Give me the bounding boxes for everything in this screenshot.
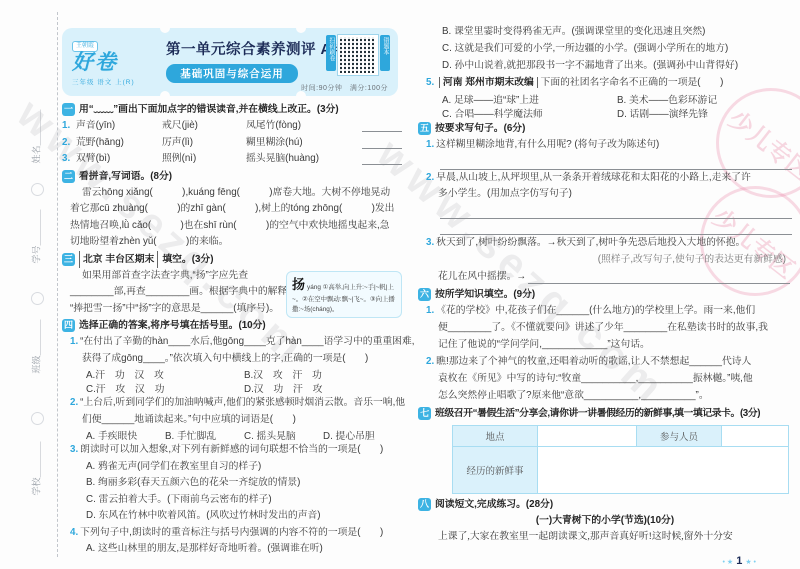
seal-mark	[31, 292, 44, 305]
dict-headword: 扬	[292, 277, 305, 292]
seal-mark	[31, 183, 44, 196]
star-icon: • ★	[723, 559, 734, 566]
margin-class-field: 班级＿＿＿＿	[30, 299, 43, 395]
choice-options: C.汗 攻 汉 功D.汉 功 汗 攻	[62, 381, 402, 395]
reading-subtitle: (一)大青树下的小学(节选)(10分)	[418, 513, 792, 530]
hint-note: (照样子,改写句子,使句子的表达更有新鲜感)	[418, 252, 792, 269]
qr-block: 扫码刷卷 错题本	[326, 35, 390, 71]
answer-line	[440, 219, 792, 235]
card-blank-location	[538, 425, 637, 446]
seal-mark	[31, 412, 44, 425]
margin-name-field: 姓名＿＿＿＿	[30, 89, 43, 185]
record-card-table: 地点 参与人员 经历的新鲜事	[452, 425, 789, 494]
paper-title: 第一单元综合素养测评 A 卷	[166, 38, 298, 59]
reading-passage-line: 上课了,大家在教室里一起朗读课文,那声音真好听!这时候,窗外十分安	[418, 529, 792, 546]
section-7-header: 七 班级召开“暑假生活”分享会,请你讲一讲暑假经历的新鲜事,填一填记录卡。(3分…	[418, 405, 792, 422]
ticket-notch	[160, 23, 170, 33]
exam-source-tag: 河南 郑州市期末改编	[439, 77, 538, 88]
margin-school-field: 学校＿＿＿＿	[30, 421, 43, 517]
pinyin-paragraph-line: 热情地召唤,lǜ cǎo( )也在shī rùn( )的空气中欢快地摇曳起来,急	[62, 218, 402, 235]
answer-blank	[362, 135, 402, 149]
card-label-event: 经历的新鲜事	[453, 446, 538, 493]
choice-option: B. 课堂里霎时变得鸦雀无声。(强调课堂里的变化迅速且突然)	[418, 24, 792, 41]
section-badge: 四	[62, 319, 75, 332]
section-3-header: 三 北京 丰台区期末 填空。(3分)	[62, 251, 402, 268]
page-right: B. 课堂里霎时变得鸦雀无声。(强调课堂里的变化迅速且突然) C. 这就是我们可…	[418, 24, 792, 546]
section-title: 用“﹏﹏”画出下面加点字的错误读音,并在横线上改正。(3分)	[79, 101, 339, 118]
section-badge: 三	[62, 253, 75, 266]
choice-options: A. 足球——追“球”上进B. 美术——色彩环游记	[418, 92, 792, 106]
card-label-location: 地点	[453, 425, 538, 446]
section-1-header: 一 用“﹏﹏”画出下面加点字的错误读音,并在横线上改正。(3分)	[62, 101, 402, 118]
choice-option: C. 这就是我们可爱的小学,一所边疆的小学。(强调小学所在的地方)	[418, 41, 792, 58]
choice-option: D. 孙中山说着,就把那段书一字不漏地背了出来。(强调孙中山背得好)	[418, 58, 792, 75]
section-badge: 七	[418, 407, 431, 420]
pinyin-paragraph-line: 着它那cū zhuàng( )的zhī gàn( ),树上的tóng zhōng…	[62, 201, 402, 218]
section-badge: 二	[62, 170, 75, 183]
section-6-header: 六 按所学知识填空。(9分)	[418, 286, 792, 303]
section-title: 看拼音,写词语。(8分)	[79, 168, 172, 185]
pronunciation-row: 2. 荒野(hāng) 厉声(lì) 糊里糊涂(hú)	[62, 135, 402, 152]
pronunciation-row: 1. 声音(yīn) 戒尺(jiè) 凤尾竹(fòng)	[62, 118, 402, 135]
section-title: 阅读短文,完成练习。(28分)	[435, 496, 553, 513]
section-title: 按要求写句子。(6分)	[435, 120, 525, 137]
section-badge: 一	[62, 103, 75, 116]
pronunciation-row: 3. 双臂(bì) 照例(nì) 摇头晃脑(huàng)	[62, 151, 402, 168]
page-number: 1	[736, 555, 742, 567]
choice-options: C. 合唱——科学魔法师D. 话剧——演绎先锋	[418, 106, 792, 120]
pinyin-paragraph-line: 雷云hōng xiǎng( ),kuáng fēng( )席卷大地。大树不停地晃…	[62, 185, 402, 202]
choice-options: A. 手疾眼快B. 手忙脚乱C. 摇头晃脑D. 提心吊胆	[62, 428, 402, 442]
section-title: 选择正确的答案,将序号填在括号里。(10分)	[79, 317, 266, 334]
answer-line	[528, 269, 790, 284]
choice-question: 1.“在付出了辛勤的hàn____水后,他gōng____克了hàn____语学…	[62, 334, 402, 351]
seal-dashed-line	[57, 12, 58, 557]
answer-line	[440, 203, 792, 219]
section-badge: 六	[418, 288, 431, 301]
section-badge: 五	[418, 122, 431, 135]
card-label-people: 参与人员	[637, 425, 722, 446]
section-title: 按所学知识填空。(9分)	[435, 286, 535, 303]
choice-question: 3.朗读时可以加入想象,对下列有新鲜感的词句联想不恰当的一项是( )	[62, 442, 402, 459]
dictionary-question: 扬yáng ①高举,向上升:~手|~帆|上~。②在空中飘动:飘~|飞~。③向上播…	[62, 268, 402, 318]
section-2-header: 二 看拼音,写词语。(8分)	[62, 168, 402, 185]
answer-line	[440, 154, 792, 170]
section-8-header: 八 阅读短文,完成练习。(28分)	[418, 496, 792, 513]
card-blank-event	[538, 446, 789, 493]
choice-question: 2.“上台后,听到同学们的加油呐喊声,他们的紧张感顿时烟消云散。音乐一响,他	[62, 395, 402, 412]
brand-logo: 王朝霞 好卷 三年级 语文 上(R)	[72, 34, 164, 86]
section-5-header: 五 按要求写句子。(6分)	[418, 120, 792, 137]
answer-blank	[362, 118, 402, 132]
dictionary-entry-box: 扬yáng ①高举,向上升:~手|~帆|上~。②在空中飘动:飘~|飞~。③向上播…	[286, 271, 402, 319]
section-badge: 八	[418, 498, 431, 511]
margin-student-no-field: 学号＿＿＿＿	[30, 189, 43, 285]
star-icon: ★ •	[745, 559, 756, 566]
ticket-notch	[296, 23, 306, 33]
test-header: 王朝霞 好卷 三年级 语文 上(R) 第一单元综合素养测评 A 卷 基础巩固与综…	[62, 28, 398, 96]
qr-code-icon	[338, 35, 378, 75]
section-4-header: 四 选择正确的答案,将序号填在括号里。(10分)	[62, 317, 402, 334]
qr-right-label: 错题本	[380, 35, 390, 71]
time-score-meta: 时间:90分钟 满分:100分	[301, 83, 388, 93]
brand-edition: 三年级 语文 上(R)	[72, 77, 164, 86]
exam-source-tag: 北京 丰台区期末	[79, 251, 158, 268]
paper-subtitle: 基础巩固与综合运用	[166, 64, 298, 83]
page-footer: • ★1★ •	[723, 555, 756, 567]
ticket-notch	[160, 91, 170, 101]
section-title: 班级召开“暑假生活”分享会,请你讲一讲暑假经历的新鲜事,填一填记录卡。(3分)	[435, 405, 760, 422]
page-left: 一 用“﹏﹏”画出下面加点字的错误读音,并在横线上改正。(3分) 1. 声音(y…	[62, 101, 402, 558]
choice-question: 4.下列句子中,朗读时的重音标注与括号内强调的内容不符的一项是( )	[62, 525, 402, 542]
choice-question: 5. 河南 郑州市期末改编 下面的社团名字命名不正确的一项是( )	[418, 75, 792, 92]
section-title: 填空。(3分)	[162, 251, 213, 268]
brand-name: 好卷	[72, 52, 164, 74]
pinyin-paragraph-line: 切地盼望着zhèn yǔ( )的来临。	[62, 234, 402, 251]
qr-left-label: 扫码刷卷	[326, 35, 336, 71]
answer-blank	[362, 151, 402, 165]
choice-options: A.汗 功 汉 攻B.汉 攻 汗 功	[62, 367, 402, 381]
card-blank-people	[722, 425, 789, 446]
